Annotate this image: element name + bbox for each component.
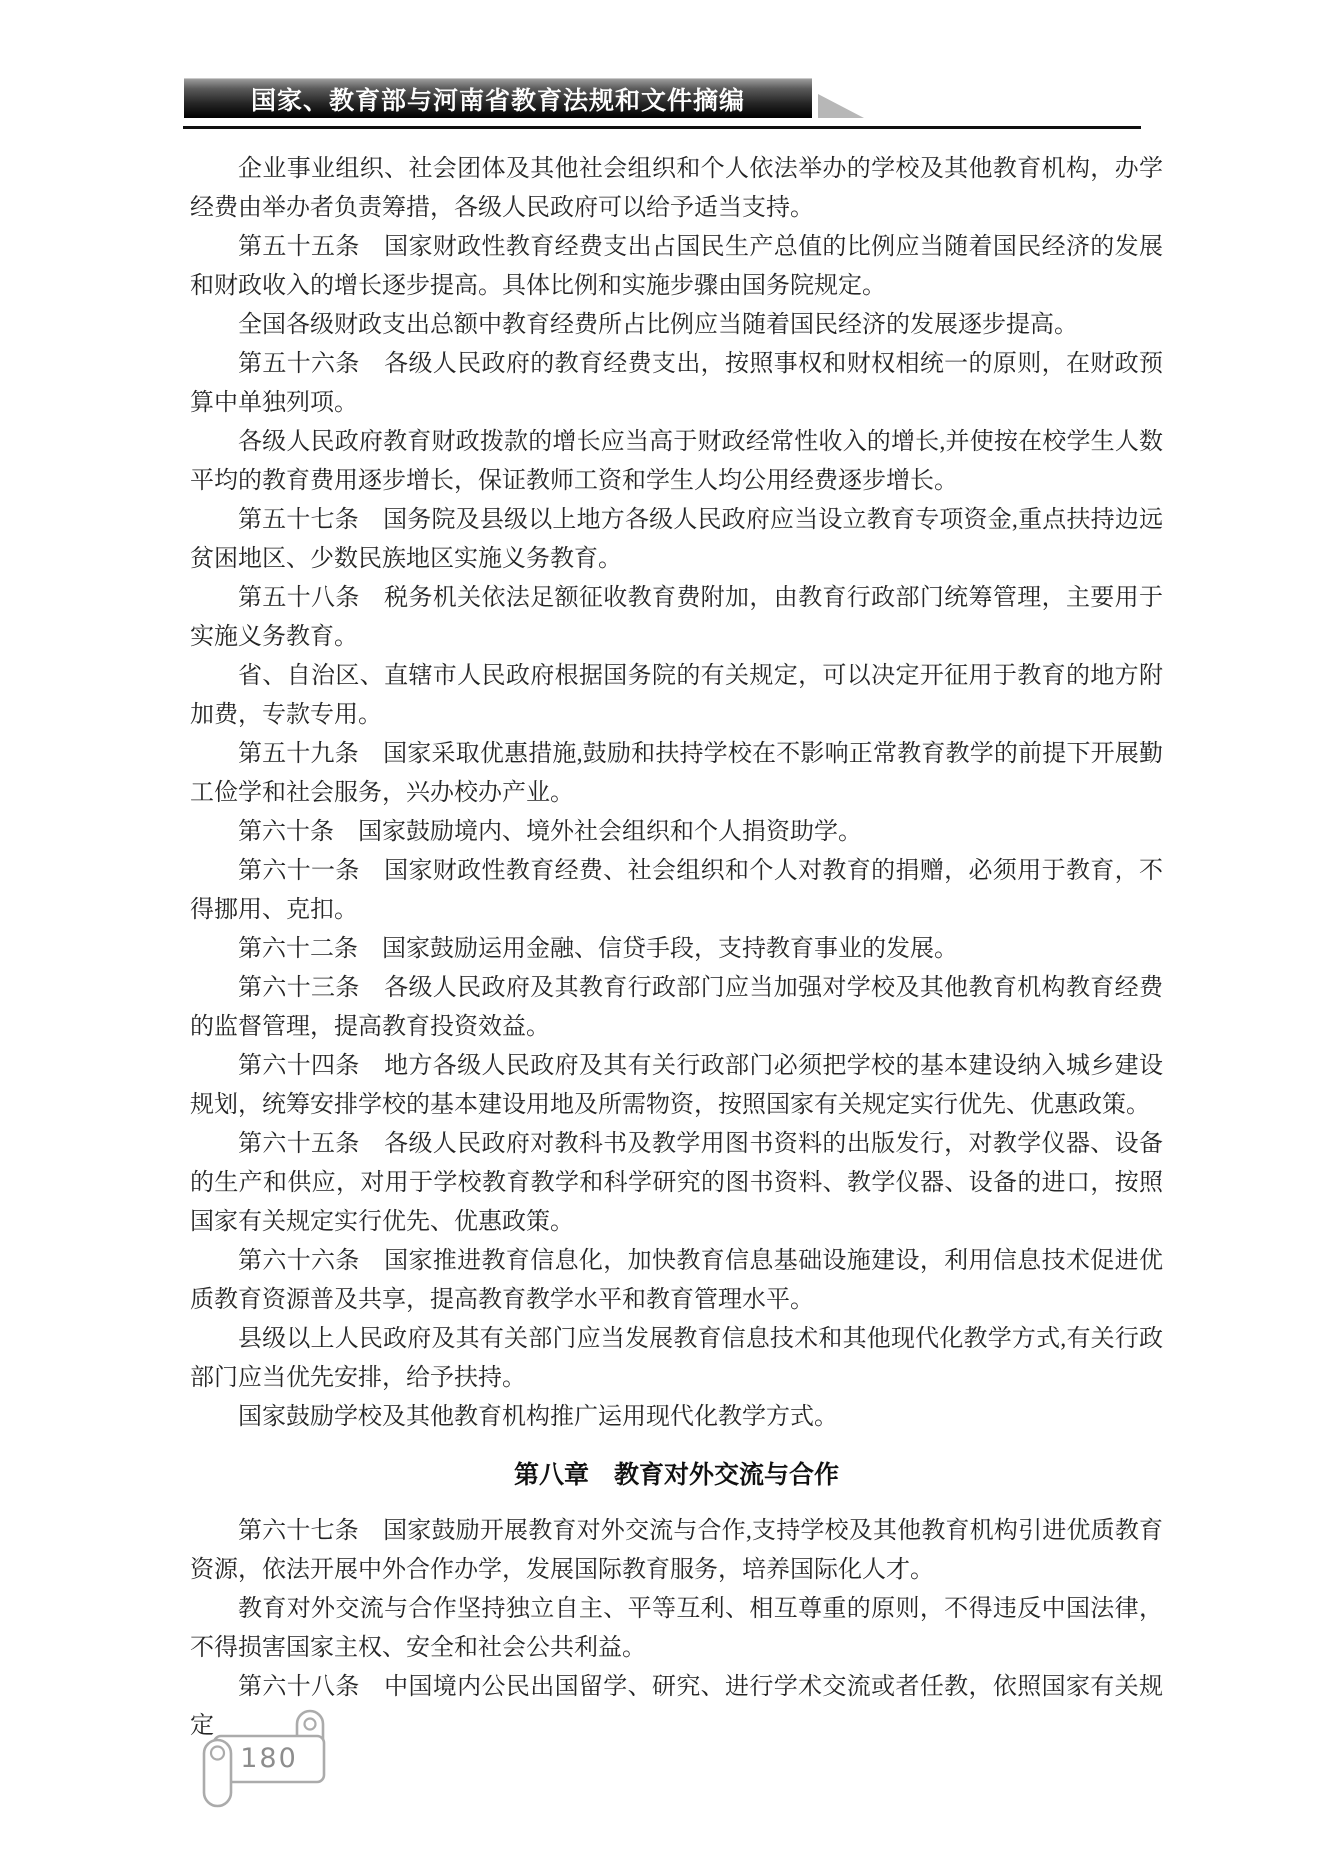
paragraph: 第六十条 国家鼓励境内、境外社会组织和个人捐资助学。 xyxy=(190,813,1163,852)
paragraph: 第六十七条 国家鼓励开展教育对外交流与合作,支持学校及其他教育机构引进优质教育资… xyxy=(190,1512,1163,1590)
paragraph: 县级以上人民政府及其有关部门应当发展教育信息技术和其他现代化教学方式,有关行政部… xyxy=(190,1320,1163,1398)
paragraph: 第五十八条 税务机关依法足额征收教育费附加，由教育行政部门统筹管理，主要用于实施… xyxy=(190,579,1163,657)
header-arrow-decoration xyxy=(818,94,864,118)
document-body: 企业事业组织、社会团体及其他社会组织和个人依法举办的学校及其他教育机构，办学经费… xyxy=(190,150,1163,1746)
chapter-heading: 第八章 教育对外交流与合作 xyxy=(190,1456,1163,1495)
paragraph: 第六十四条 地方各级人民政府及其有关行政部门必须把学校的基本建设纳入城乡建设规划… xyxy=(190,1047,1163,1125)
paragraph: 第六十五条 各级人民政府对教科书及教学用图书资料的出版发行，对教学仪器、设备的生… xyxy=(190,1125,1163,1242)
paragraph: 第五十五条 国家财政性教育经费支出占国民生产总值的比例应当随着国民经济的发展和财… xyxy=(190,228,1163,306)
paragraph: 全国各级财政支出总额中教育经费所占比例应当随着国民经济的发展逐步提高。 xyxy=(190,306,1163,345)
paragraph: 第六十三条 各级人民政府及其教育行政部门应当加强对学校及其他教育机构教育经费的监… xyxy=(190,969,1163,1047)
paragraph: 省、自治区、直辖市人民政府根据国务院的有关规定，可以决定开征用于教育的地方附加费… xyxy=(190,657,1163,735)
header-title: 国家、教育部与河南省教育法规和文件摘编 xyxy=(251,81,745,117)
paragraph: 第六十二条 国家鼓励运用金融、信贷手段，支持教育事业的发展。 xyxy=(190,930,1163,969)
paragraph: 第六十六条 国家推进教育信息化，加快教育信息基础设施建设，利用信息技术促进优质教… xyxy=(190,1242,1163,1320)
header-bar: 国家、教育部与河南省教育法规和文件摘编 xyxy=(184,78,812,118)
paragraph: 第五十六条 各级人民政府的教育经费支出，按照事权和财权相统一的原则，在财政预算中… xyxy=(190,345,1163,423)
paragraph: 第五十七条 国务院及县级以上地方各级人民政府应当设立教育专项资金,重点扶持边远贫… xyxy=(190,501,1163,579)
page-number: 180 xyxy=(214,1743,324,1774)
paragraph: 第六十一条 国家财政性教育经费、社会组织和个人对教育的捐赠，必须用于教育，不得挪… xyxy=(190,852,1163,930)
paragraph: 国家鼓励学校及其他教育机构推广运用现代化教学方式。 xyxy=(190,1398,1163,1437)
header-rule xyxy=(183,126,1141,129)
paragraph: 教育对外交流与合作坚持独立自主、平等互利、相互尊重的原则，不得违反中国法律，不得… xyxy=(190,1590,1163,1668)
paragraph: 企业事业组织、社会团体及其他社会组织和个人依法举办的学校及其他教育机构，办学经费… xyxy=(190,150,1163,228)
paragraph: 各级人民政府教育财政拨款的增长应当高于财政经常性收入的增长,并使按在校学生人数平… xyxy=(190,423,1163,501)
paragraph: 第五十九条 国家采取优惠措施,鼓励和扶持学校在不影响正常教育教学的前提下开展勤工… xyxy=(190,735,1163,813)
